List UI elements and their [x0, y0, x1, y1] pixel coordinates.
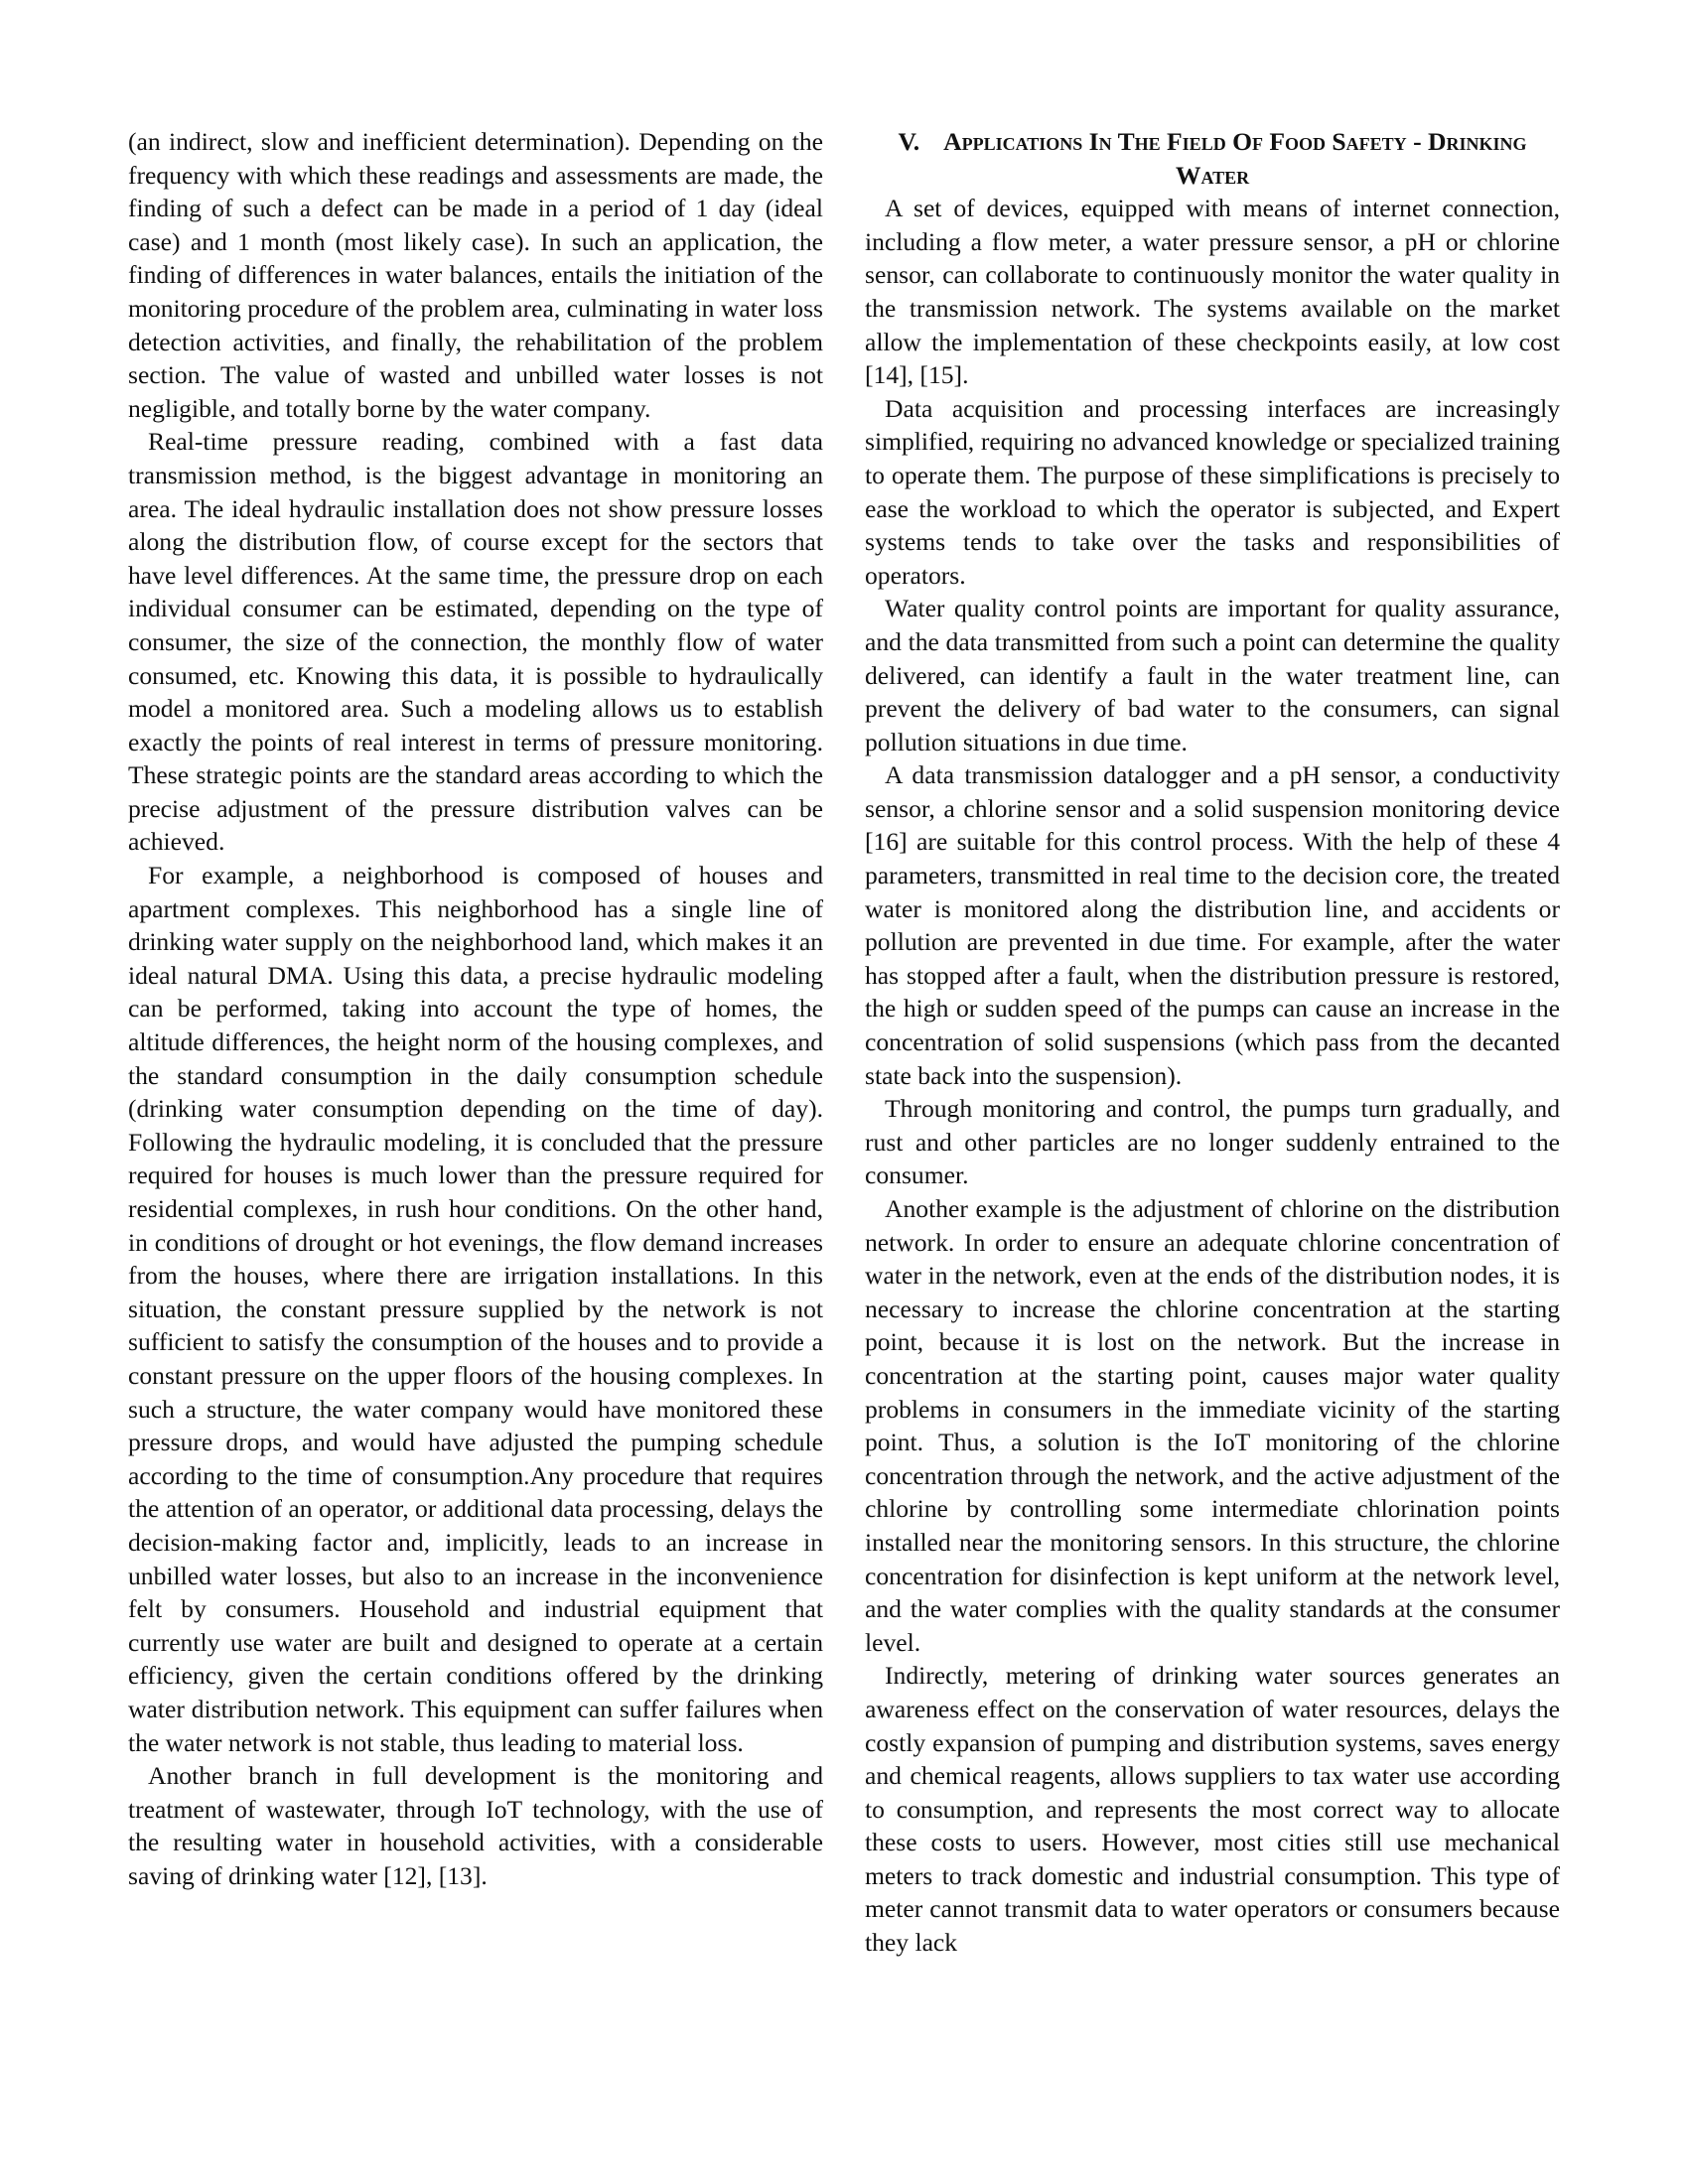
paragraph-device-set: A set of devices, equipped with means of… [865, 192, 1560, 392]
paragraph-metering: Indirectly, metering of drinking water s… [865, 1659, 1560, 1959]
section-title: Applications In The Field Of Food Safety… [943, 127, 1526, 190]
right-column: V.Applications In The Field Of Food Safe… [865, 125, 1560, 1960]
section-number: V. [899, 125, 920, 159]
paragraph-pump-control: Through monitoring and control, the pump… [865, 1092, 1560, 1192]
paragraph-wastewater-branch: Another branch in full development is th… [128, 1759, 823, 1892]
paragraph-real-time-pressure: Real-time pressure reading, combined wit… [128, 425, 823, 859]
paragraph-data-acquisition: Data acquisition and processing interfac… [865, 392, 1560, 593]
paragraph-datalogger-sensors: A data transmission datalogger and a pH … [865, 758, 1560, 1092]
document-page: (an indirect, slow and inefficient deter… [0, 0, 1688, 2184]
section-heading: V.Applications In The Field Of Food Safe… [865, 125, 1560, 192]
paragraph-neighborhood-example: For example, a neighborhood is composed … [128, 859, 823, 1759]
left-column: (an indirect, slow and inefficient deter… [128, 125, 823, 1892]
paragraph-quality-control-points: Water quality control points are importa… [865, 592, 1560, 758]
paragraph-water-loss-detection: (an indirect, slow and inefficient deter… [128, 125, 823, 425]
paragraph-chlorine-adjustment: Another example is the adjustment of chl… [865, 1192, 1560, 1659]
